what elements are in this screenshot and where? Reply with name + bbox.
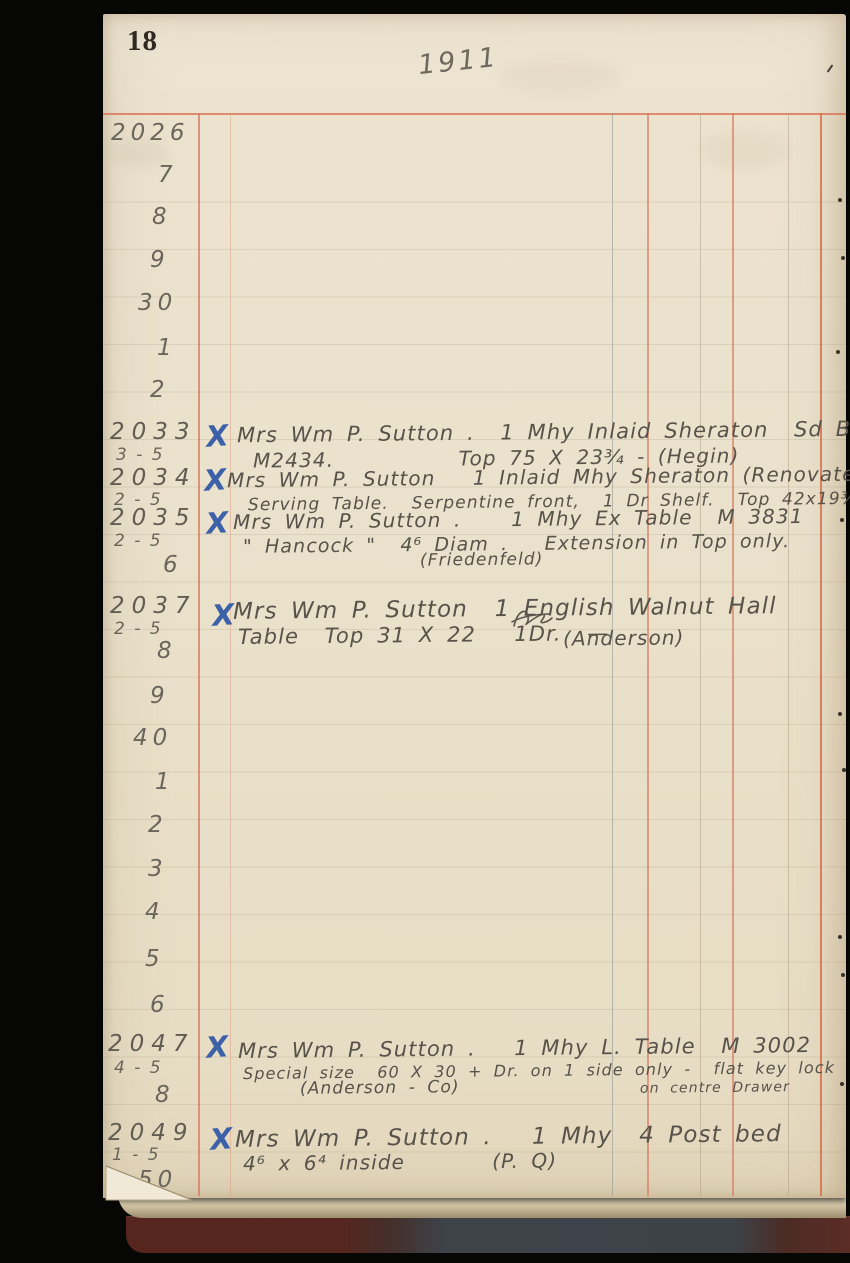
binding-hole bbox=[840, 518, 844, 522]
margin-number: 6 bbox=[150, 993, 170, 1017]
margin-number: 1 bbox=[157, 336, 177, 360]
margin-number: 2 bbox=[148, 813, 168, 837]
margin-number: 9 bbox=[150, 248, 170, 272]
check-mark-x: X bbox=[205, 1031, 229, 1063]
binding-hole bbox=[842, 768, 846, 772]
check-mark-x: X bbox=[209, 1123, 233, 1155]
entry-number: 2047 bbox=[108, 1032, 195, 1056]
margin-number: 4 bbox=[145, 900, 165, 924]
entry-subnumber: 3 - 5 bbox=[116, 447, 165, 465]
folded-corner bbox=[104, 1156, 196, 1206]
entry-text: (Friedenfeld) bbox=[420, 551, 544, 570]
scribble-mark bbox=[508, 606, 554, 632]
margin-number: 1 bbox=[155, 770, 175, 794]
check-mark-x: X bbox=[205, 420, 229, 452]
margin-number: 9 bbox=[150, 684, 170, 708]
entry-number: 2033 bbox=[110, 420, 197, 444]
margin-number: 7 bbox=[158, 163, 178, 187]
entry-text: Mrs Wm P. Sutton . 1 Mhy 4 Post bed bbox=[235, 1122, 782, 1152]
binding-hole bbox=[838, 935, 842, 939]
entry-number: 2034 bbox=[110, 466, 197, 490]
binding-hole bbox=[838, 198, 842, 202]
margin-number: 3 bbox=[148, 857, 168, 881]
check-mark-x: X bbox=[205, 507, 229, 539]
margin-number: 40 bbox=[133, 726, 172, 750]
binding-hole bbox=[840, 1082, 844, 1086]
entry-text: (Anderson) bbox=[563, 627, 685, 649]
binding-hole bbox=[841, 973, 845, 977]
check-mark-x: X bbox=[203, 464, 227, 496]
binding-hole bbox=[836, 350, 840, 354]
margin-number: 8 bbox=[157, 639, 177, 663]
entry-text: on centre Drawer bbox=[640, 1080, 790, 1096]
entry-subnumber: 2 - 5 bbox=[114, 533, 163, 551]
margin-number: 2 bbox=[150, 378, 170, 402]
margin-number: 8 bbox=[152, 205, 172, 229]
vertical-rule bbox=[820, 113, 822, 1196]
margin-number: 8 bbox=[155, 1083, 175, 1107]
margin-number: 5 bbox=[145, 947, 165, 971]
entry-text: 4⁶ x 6⁴ inside (P. Q) bbox=[243, 1150, 557, 1174]
book-cover-edge bbox=[126, 1216, 850, 1253]
vertical-rule bbox=[198, 113, 200, 1196]
entry-text: Mrs Wm P. Sutton . 1 Mhy L. Table M 3002 bbox=[238, 1034, 811, 1062]
entry-subnumber: 2 - 5 bbox=[114, 621, 163, 639]
binding-hole bbox=[838, 712, 842, 716]
vertical-rule bbox=[230, 113, 231, 1196]
entry-number: 2035 bbox=[110, 506, 197, 530]
binding-hole bbox=[841, 256, 845, 260]
margin-number: 6 bbox=[163, 553, 183, 577]
entry-number: 2037 bbox=[110, 594, 197, 618]
header-rule-line bbox=[103, 113, 846, 115]
entry-subnumber: 4 - 5 bbox=[114, 1060, 163, 1078]
entry-text: (Anderson - Co) bbox=[300, 1079, 460, 1099]
paper-stain bbox=[500, 60, 620, 94]
check-mark-x: X bbox=[211, 599, 235, 631]
margin-number: 30 bbox=[138, 291, 177, 315]
margin-number: 2026 bbox=[111, 121, 190, 145]
vertical-rule bbox=[647, 113, 649, 1196]
ledger-photo: 18 1911 202678930126894012345685020333 -… bbox=[0, 0, 850, 1263]
entry-number: 2049 bbox=[108, 1121, 195, 1145]
page-number: 18 bbox=[127, 25, 158, 58]
vertical-rule bbox=[612, 113, 613, 1196]
entry-text: Mrs Wm P. Sutton 1 English Walnut Hall bbox=[233, 594, 777, 624]
